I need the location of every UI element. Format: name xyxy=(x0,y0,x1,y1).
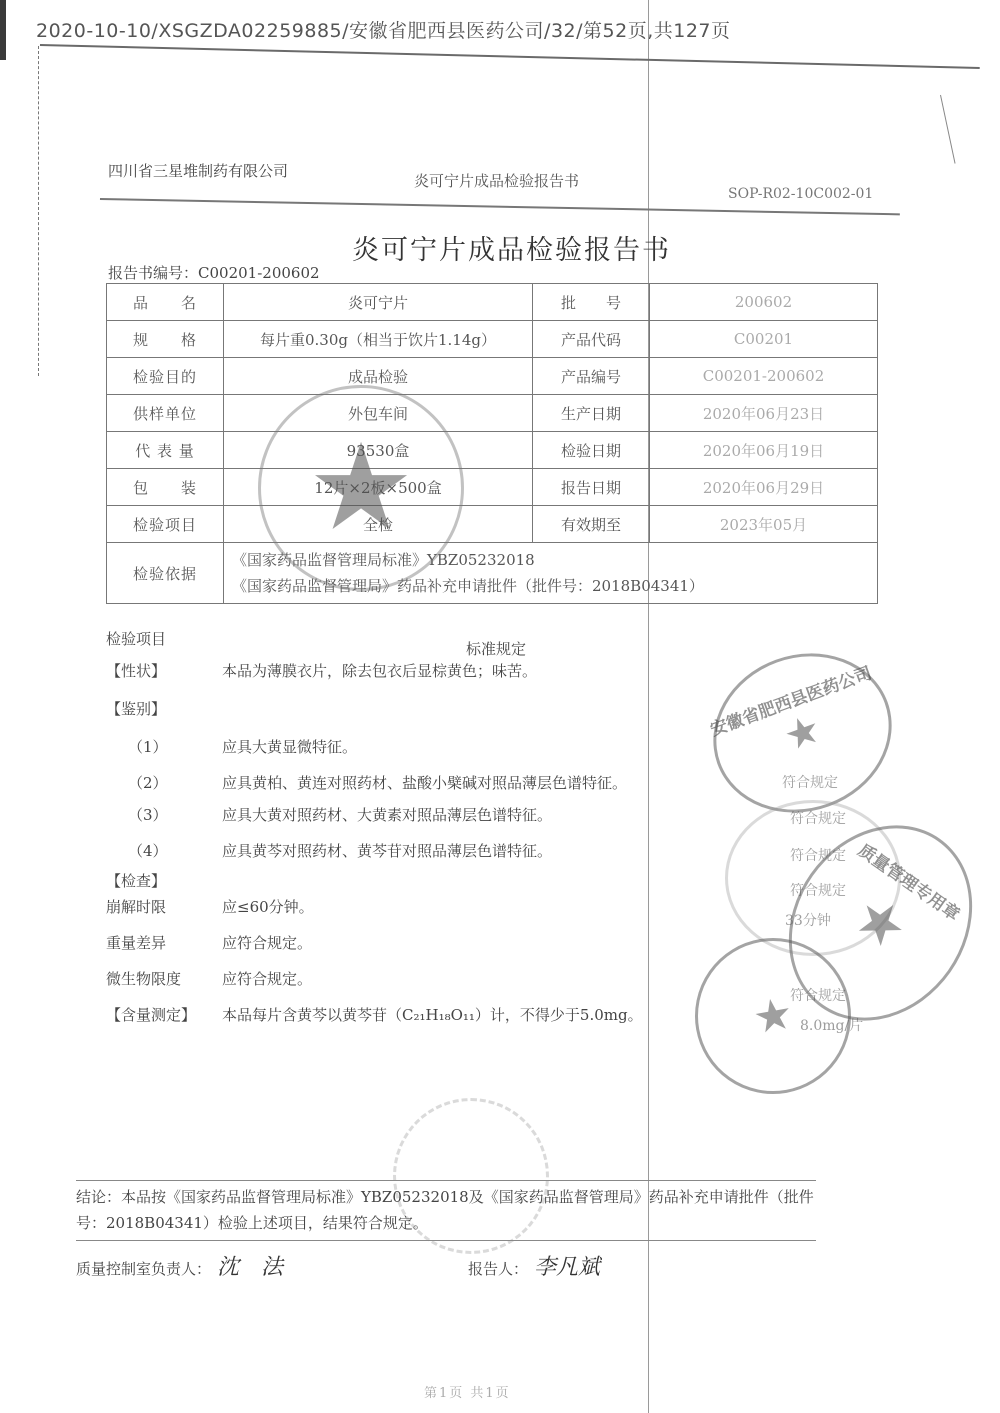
scan-edge xyxy=(0,0,6,60)
qc-signature: 质量控制室负责人：沈 法 xyxy=(76,1250,283,1281)
info-cell-label: 规 格 xyxy=(107,321,224,358)
spec-item-value: 应具黄芩对照药材、黄芩苷对照品薄层色谱特征。 xyxy=(222,840,552,861)
info-cell-label2: 批 号 xyxy=(533,284,650,321)
archive-stamp: 2020-10-10/XSGZDA02259885/安徽省肥西县医药公司/32/… xyxy=(36,16,731,43)
info-row-basis: 检验依据《国家药品监督管理局标准》YBZ05232018《国家药品监督管理局》药… xyxy=(107,543,878,604)
header-doc-code: SOP-R02-10C002-01 xyxy=(728,186,873,202)
stamped-result: 符合规定 xyxy=(782,772,838,792)
spec-item-value: 应符合规定。 xyxy=(222,932,312,953)
star-icon: ★ xyxy=(778,705,827,760)
info-cell-value2: C00201-200602 xyxy=(650,358,878,395)
info-cell-value2: 2020年06月23日 xyxy=(650,395,878,432)
spec-item-value: 应具大黄对照药材、大黄素对照品薄层色谱特征。 xyxy=(222,804,552,825)
info-table: 品 名炎可宁片批 号200602规 格每片重0.30g（相当于饮片1.14g）产… xyxy=(106,283,878,604)
info-cell-value2: 2020年06月29日 xyxy=(650,469,878,506)
page-edge-top xyxy=(40,44,980,69)
report-number-value: C00201-200602 xyxy=(198,264,320,282)
page-footer: 第1页 共1页 xyxy=(424,1382,511,1401)
spec-item-value: 应具黄柏、黄连对照药材、盐酸小檗碱对照品薄层色谱特征。 xyxy=(222,772,627,793)
spec-item-key: 微生物限度 xyxy=(106,968,206,989)
info-cell-label2: 报告日期 xyxy=(533,469,650,506)
spec-item-value: 应符合规定。 xyxy=(222,968,312,989)
info-cell-label: 代 表 量 xyxy=(107,432,224,469)
star-icon: ★ xyxy=(307,419,415,558)
stamped-result: 8.0mg/片 xyxy=(800,1015,863,1035)
info-cell-label: 包 装 xyxy=(107,469,224,506)
spec-item-key: （2） xyxy=(128,772,228,793)
spec-item-key: （1） xyxy=(128,736,228,757)
spec-item-key: 重量差异 xyxy=(106,932,206,953)
stamped-result: 符合规定 xyxy=(790,880,846,900)
conclusion: 结论：本品按《国家药品监督管理局标准》YBZ05232018及《国家药品监督管理… xyxy=(76,1184,816,1236)
spec-item-value: 本品为薄膜衣片，除去包衣后显棕黄色；味苦。 xyxy=(222,660,537,681)
reporter-label: 报告人： xyxy=(468,1260,528,1278)
info-cell-value: 每片重0.30g（相当于饮片1.14g） xyxy=(224,321,533,358)
spec-item-value: 应≤60分钟。 xyxy=(222,896,314,917)
header-doc-name: 炎可宁片成品检验报告书 xyxy=(414,170,579,191)
company-seal-table: ★ xyxy=(258,385,464,591)
spec-item-key: 【鉴别】 xyxy=(106,698,206,719)
spec-item-key: 崩解时限 xyxy=(106,896,206,917)
info-cell-label2: 生产日期 xyxy=(533,395,650,432)
header-company: 四川省三星堆制药有限公司 xyxy=(108,160,288,181)
spec-item-value: 本品每片含黄芩以黄芩苷（C₂₁H₁₈O₁₁）计，不得少于5.0mg。 xyxy=(222,1004,643,1025)
info-cell-label2: 产品代码 xyxy=(533,321,650,358)
info-row: 代 表 量93530盒检验日期2020年06月19日 xyxy=(107,432,878,469)
info-cell-label2: 有效期至 xyxy=(533,506,650,543)
info-cell-value2: 2023年05月 xyxy=(650,506,878,543)
stamped-result: 符合规定 xyxy=(790,985,846,1005)
info-cell-value: 炎可宁片 xyxy=(224,284,533,321)
report-number: 报告书编号：C00201-200602 xyxy=(108,262,320,283)
info-cell-label2: 产品编号 xyxy=(533,358,650,395)
info-row: 检验目的成品检验产品编号C00201-200602 xyxy=(107,358,878,395)
conclusion-rule-bottom xyxy=(76,1240,816,1241)
stamped-result: 符合规定 xyxy=(790,808,846,828)
col-standard: 标准规定 xyxy=(466,638,526,659)
info-row: 检验项目全检有效期至2023年05月 xyxy=(107,506,878,543)
info-cell-value2: 200602 xyxy=(650,284,878,321)
info-cell-value2: 2020年06月19日 xyxy=(650,432,878,469)
info-cell-label: 品 名 xyxy=(107,284,224,321)
basis-label: 检验依据 xyxy=(107,543,224,604)
info-row: 规 格每片重0.30g（相当于饮片1.14g）产品代码C00201 xyxy=(107,321,878,358)
stamped-result: 符合规定 xyxy=(790,845,846,865)
col-item: 检验项目 xyxy=(106,628,206,649)
info-row: 包 装12片×2板×500盒报告日期2020年06月29日 xyxy=(107,469,878,506)
info-row: 供样单位外包车间生产日期2020年06月23日 xyxy=(107,395,878,432)
spec-item-key: 【检查】 xyxy=(106,870,206,891)
report-number-label: 报告书编号： xyxy=(108,264,198,282)
info-cell-label: 检验目的 xyxy=(107,358,224,395)
info-cell-label2: 检验日期 xyxy=(533,432,650,469)
page-title: 炎可宁片成品检验报告书 xyxy=(352,228,671,267)
stamped-result: 33分钟 xyxy=(785,910,831,930)
conclusion-rule-top xyxy=(76,1180,816,1181)
page-edge-right xyxy=(940,95,956,164)
spec-item-key: （4） xyxy=(128,840,228,861)
spec-item-key: （3） xyxy=(128,804,228,825)
reporter-sign: 李凡斌 xyxy=(534,1255,600,1280)
qc-sign: 沈 法 xyxy=(217,1255,283,1280)
info-cell-label: 供样单位 xyxy=(107,395,224,432)
reporter-signature: 报告人：李凡斌 xyxy=(468,1250,600,1281)
page-edge-left xyxy=(38,46,39,376)
spec-item-key: 【含量测定】 xyxy=(106,1004,206,1025)
info-cell-label: 检验项目 xyxy=(107,506,224,543)
info-row: 品 名炎可宁片批 号200602 xyxy=(107,284,878,321)
spec-item-value: 应具大黄显微特征。 xyxy=(222,736,357,757)
info-cell-value2: C00201 xyxy=(650,321,878,358)
qc-label: 质量控制室负责人： xyxy=(76,1260,211,1278)
spec-item-key: 【性状】 xyxy=(106,660,206,681)
